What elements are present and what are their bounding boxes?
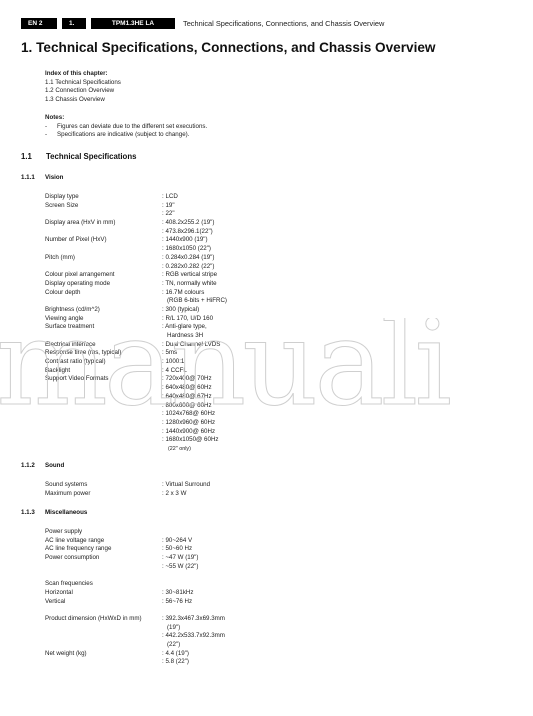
subsection-heading-sound: 1.1.2Sound	[21, 462, 64, 469]
spec-label: Maximum power	[45, 490, 90, 499]
subsection-title: Sound	[45, 462, 64, 469]
spec-label: Backlight	[45, 367, 70, 376]
spec-value: : 800x600@ 60Hz	[162, 402, 212, 411]
spec-value: : 1440x900 (19")	[162, 236, 208, 245]
spec-value: : 16.7M colours	[162, 289, 204, 298]
spec-value: : 4.4 (19")	[162, 650, 189, 659]
spec-value: : 640x480@ 67Hz	[162, 393, 212, 402]
model-tag: TPM1.3HE LA	[91, 18, 175, 29]
chapter-number-tag: 1.	[62, 18, 86, 29]
spec-value: : 30~81kHz	[162, 589, 193, 598]
spec-label: Contrast ratio (typical)	[45, 358, 106, 367]
subsection-heading-misc: 1.1.3Miscellaneous	[21, 509, 87, 516]
subsection-title: Vision	[45, 174, 63, 181]
spec-row: Scan frequencies	[45, 580, 345, 589]
note-item: - Specifications are indicative (subject…	[45, 131, 207, 140]
spec-row: Net weight (kg): 4.4 (19")	[45, 650, 345, 659]
subsection-title: Miscellaneous	[45, 509, 87, 516]
spec-value: (22")	[167, 641, 180, 650]
spec-row: Response time (ms, typical): 5ms	[45, 349, 345, 358]
spec-row: Display operating mode: TN, normally whi…	[45, 280, 345, 289]
spec-row: (22")	[45, 641, 345, 650]
spec-row: Colour pixel arrangement: RGB vertical s…	[45, 271, 345, 280]
spec-row: Colour depth: 16.7M colours	[45, 289, 345, 298]
spec-row: : 1680x1050@ 60Hz	[45, 436, 345, 445]
spec-label: Response time (ms, typical)	[45, 349, 121, 358]
spec-value: : 408.2x255.2 (19")	[162, 219, 214, 228]
spec-value: : R/L 170, U/D 160	[162, 315, 213, 324]
spec-row: : 1280x960@ 60Hz	[45, 419, 345, 428]
spec-label: AC line frequency range	[45, 545, 111, 554]
spec-label: Viewing angle	[45, 315, 83, 324]
spec-row: : 640x480@ 60Hz	[45, 384, 345, 393]
spec-value: (22" only)	[168, 445, 191, 454]
spec-label: Product dimension (HxWxD in mm)	[45, 615, 142, 624]
spec-row: : 1440x900@ 60Hz	[45, 428, 345, 437]
spec-label: Display type	[45, 193, 79, 202]
spec-value: (RGB 6-bits + HiFRC)	[167, 297, 227, 306]
spec-label: Display operating mode	[45, 280, 110, 289]
spec-row: AC line voltage range: 90~264 V	[45, 537, 345, 546]
spec-row: AC line frequency range: 50~60 Hz	[45, 545, 345, 554]
spec-value: : ~55 W (22")	[162, 563, 198, 572]
subsection-number: 1.1.3	[21, 509, 45, 516]
spec-row: : 473.8x296.1(22")	[45, 228, 345, 237]
spec-row: : 442.2x533.7x92.3mm	[45, 632, 345, 641]
spec-value: : 19"	[162, 202, 175, 211]
spec-row: Product dimension (HxWxD in mm): 392.3x4…	[45, 615, 345, 624]
bullet-icon: -	[45, 131, 47, 140]
spec-row: Maximum power: 2 x 3 W	[45, 490, 345, 499]
index-item: 1.1 Technical Specifications	[45, 79, 121, 88]
spec-row: Surface treatment: Anti-glare type,	[45, 323, 345, 332]
spec-row: Power supply	[45, 528, 345, 537]
spec-value: : 22"	[162, 210, 175, 219]
spec-label: Brightness (cd/m^2)	[45, 306, 100, 315]
spec-label: Scan frequencies	[45, 580, 93, 589]
spec-row: : 5.8 (22")	[45, 658, 345, 667]
notes: Notes: - Figures can deviate due to the …	[45, 114, 207, 140]
notes-heading: Notes:	[45, 114, 207, 123]
subsection-number: 1.1.1	[21, 174, 45, 181]
spec-value: : 1680x1050@ 60Hz	[162, 436, 219, 445]
section-number: 1.1	[21, 152, 46, 161]
spec-row: Electrical interface: Dual Channel LVDS	[45, 341, 345, 350]
spec-row: Contrast ratio (typical): 1000:1	[45, 358, 345, 367]
row-spacer	[45, 571, 345, 580]
running-title: Technical Specifications, Connections, a…	[183, 18, 384, 29]
spec-row: (22" only)	[45, 445, 345, 454]
spec-value: : 2 x 3 W	[162, 490, 186, 499]
spec-value: : Dual Channel LVDS	[162, 341, 220, 350]
spec-label: Support Video Formats	[45, 375, 109, 384]
spec-label: Electrical interface	[45, 341, 96, 350]
spec-value: Hardness 3H	[167, 332, 203, 341]
spec-row: (19")	[45, 624, 345, 633]
spec-value: : 442.2x533.7x92.3mm	[162, 632, 225, 641]
sound-spec-table: Sound systems: Virtual SurroundMaximum p…	[45, 481, 345, 498]
spec-row: Sound systems: Virtual Surround	[45, 481, 345, 490]
note-text: Specifications are indicative (subject t…	[57, 131, 189, 138]
spec-row: : ~55 W (22")	[45, 563, 345, 572]
spec-row: Backlight: 4 CCFL	[45, 367, 345, 376]
spec-label: Power supply	[45, 528, 82, 537]
spec-label: Colour pixel arrangement	[45, 271, 114, 280]
vision-spec-table: Display type: LCDScreen Size: 19": 22"Di…	[45, 193, 345, 454]
spec-label: Vertical	[45, 598, 65, 607]
section-heading-1-1: 1.1Technical Specifications	[21, 152, 136, 161]
spec-value: : 1440x900@ 60Hz	[162, 428, 215, 437]
page-number-tag: EN 2	[21, 18, 57, 29]
spec-label: Power consumption	[45, 554, 99, 563]
spec-row: Power consumption: ~47 W (19")	[45, 554, 345, 563]
spec-label: Sound systems	[45, 481, 87, 490]
spec-label: Screen Size	[45, 202, 78, 211]
spec-value: : 5ms	[162, 349, 177, 358]
chapter-index: Index of this chapter: 1.1 Technical Spe…	[45, 70, 121, 105]
spec-label: Display area (HxV in mm)	[45, 219, 115, 228]
spec-value: : 0.282x0.282 (22")	[162, 263, 214, 272]
misc-spec-table: Power supplyAC line voltage range: 90~26…	[45, 528, 345, 667]
section-title: Technical Specifications	[46, 152, 136, 161]
spec-row: Number of Pixel (HxV): 1440x900 (19")	[45, 236, 345, 245]
spec-value: : LCD	[162, 193, 178, 202]
spec-label: Surface treatment	[45, 323, 94, 332]
spec-row: Horizontal: 30~81kHz	[45, 589, 345, 598]
spec-value: : 392.3x467.3x69.3mm	[162, 615, 225, 624]
bullet-icon: -	[45, 123, 47, 132]
spec-label: Horizontal	[45, 589, 73, 598]
spec-value: : 1024x768@ 60Hz	[162, 410, 215, 419]
spec-value: : 1680x1050 (22")	[162, 245, 211, 254]
spec-value: : Virtual Surround	[162, 481, 210, 490]
spec-row: : 1024x768@ 60Hz	[45, 410, 345, 419]
spec-value: : RGB vertical stripe	[162, 271, 217, 280]
spec-value: : 300 (typical)	[162, 306, 199, 315]
spec-value: : 473.8x296.1(22")	[162, 228, 213, 237]
spec-row: Viewing angle: R/L 170, U/D 160	[45, 315, 345, 324]
spec-value: (19")	[167, 624, 180, 633]
index-item: 1.2 Connection Overview	[45, 87, 121, 96]
spec-row: : 22"	[45, 210, 345, 219]
spec-row: Support Video Formats: 720x400@ 70Hz	[45, 375, 345, 384]
spec-row: : 1680x1050 (22")	[45, 245, 345, 254]
spec-value: : 4 CCFL	[162, 367, 187, 376]
spec-value: : 0.284x0.284 (19")	[162, 254, 214, 263]
subsection-heading-vision: 1.1.1Vision	[21, 174, 63, 181]
spec-row: Screen Size: 19"	[45, 202, 345, 211]
spec-value: : 56~76 Hz	[162, 598, 192, 607]
index-heading: Index of this chapter:	[45, 70, 121, 79]
spec-value: : 640x480@ 60Hz	[162, 384, 212, 393]
spec-row: Display type: LCD	[45, 193, 345, 202]
spec-value: : 90~264 V	[162, 537, 192, 546]
spec-row: : 800x600@ 60Hz	[45, 402, 345, 411]
spec-label: Colour depth	[45, 289, 80, 298]
spec-value: : 50~60 Hz	[162, 545, 192, 554]
note-item: - Figures can deviate due to the differe…	[45, 123, 207, 132]
spec-value: : TN, normally white	[162, 280, 217, 289]
spec-row: Hardness 3H	[45, 332, 345, 341]
spec-row: Vertical: 56~76 Hz	[45, 598, 345, 607]
spec-value: : Anti-glare type,	[162, 323, 207, 332]
spec-row: (RGB 6-bits + HiFRC)	[45, 297, 345, 306]
spec-row: : 640x480@ 67Hz	[45, 393, 345, 402]
chapter-title: 1. Technical Specifications, Connections…	[21, 40, 436, 55]
spec-value: : 5.8 (22")	[162, 658, 189, 667]
spec-value: : 720x400@ 70Hz	[162, 375, 212, 384]
spec-label: Number of Pixel (HxV)	[45, 236, 107, 245]
spec-row: : 0.282x0.282 (22")	[45, 263, 345, 272]
spec-value: : 1280x960@ 60Hz	[162, 419, 215, 428]
spec-label: Net weight (kg)	[45, 650, 87, 659]
subsection-number: 1.1.2	[21, 462, 45, 469]
index-item: 1.3 Chassis Overview	[45, 96, 121, 105]
note-text: Figures can deviate due to the different…	[57, 123, 207, 130]
spec-label: AC line voltage range	[45, 537, 104, 546]
spec-value: : 1000:1	[162, 358, 184, 367]
spec-value: : ~47 W (19")	[162, 554, 198, 563]
spec-row: Display area (HxV in mm): 408.2x255.2 (1…	[45, 219, 345, 228]
spec-row: Pitch (mm): 0.284x0.284 (19")	[45, 254, 345, 263]
spec-label: Pitch (mm)	[45, 254, 75, 263]
row-spacer	[45, 606, 345, 615]
spec-row: Brightness (cd/m^2): 300 (typical)	[45, 306, 345, 315]
